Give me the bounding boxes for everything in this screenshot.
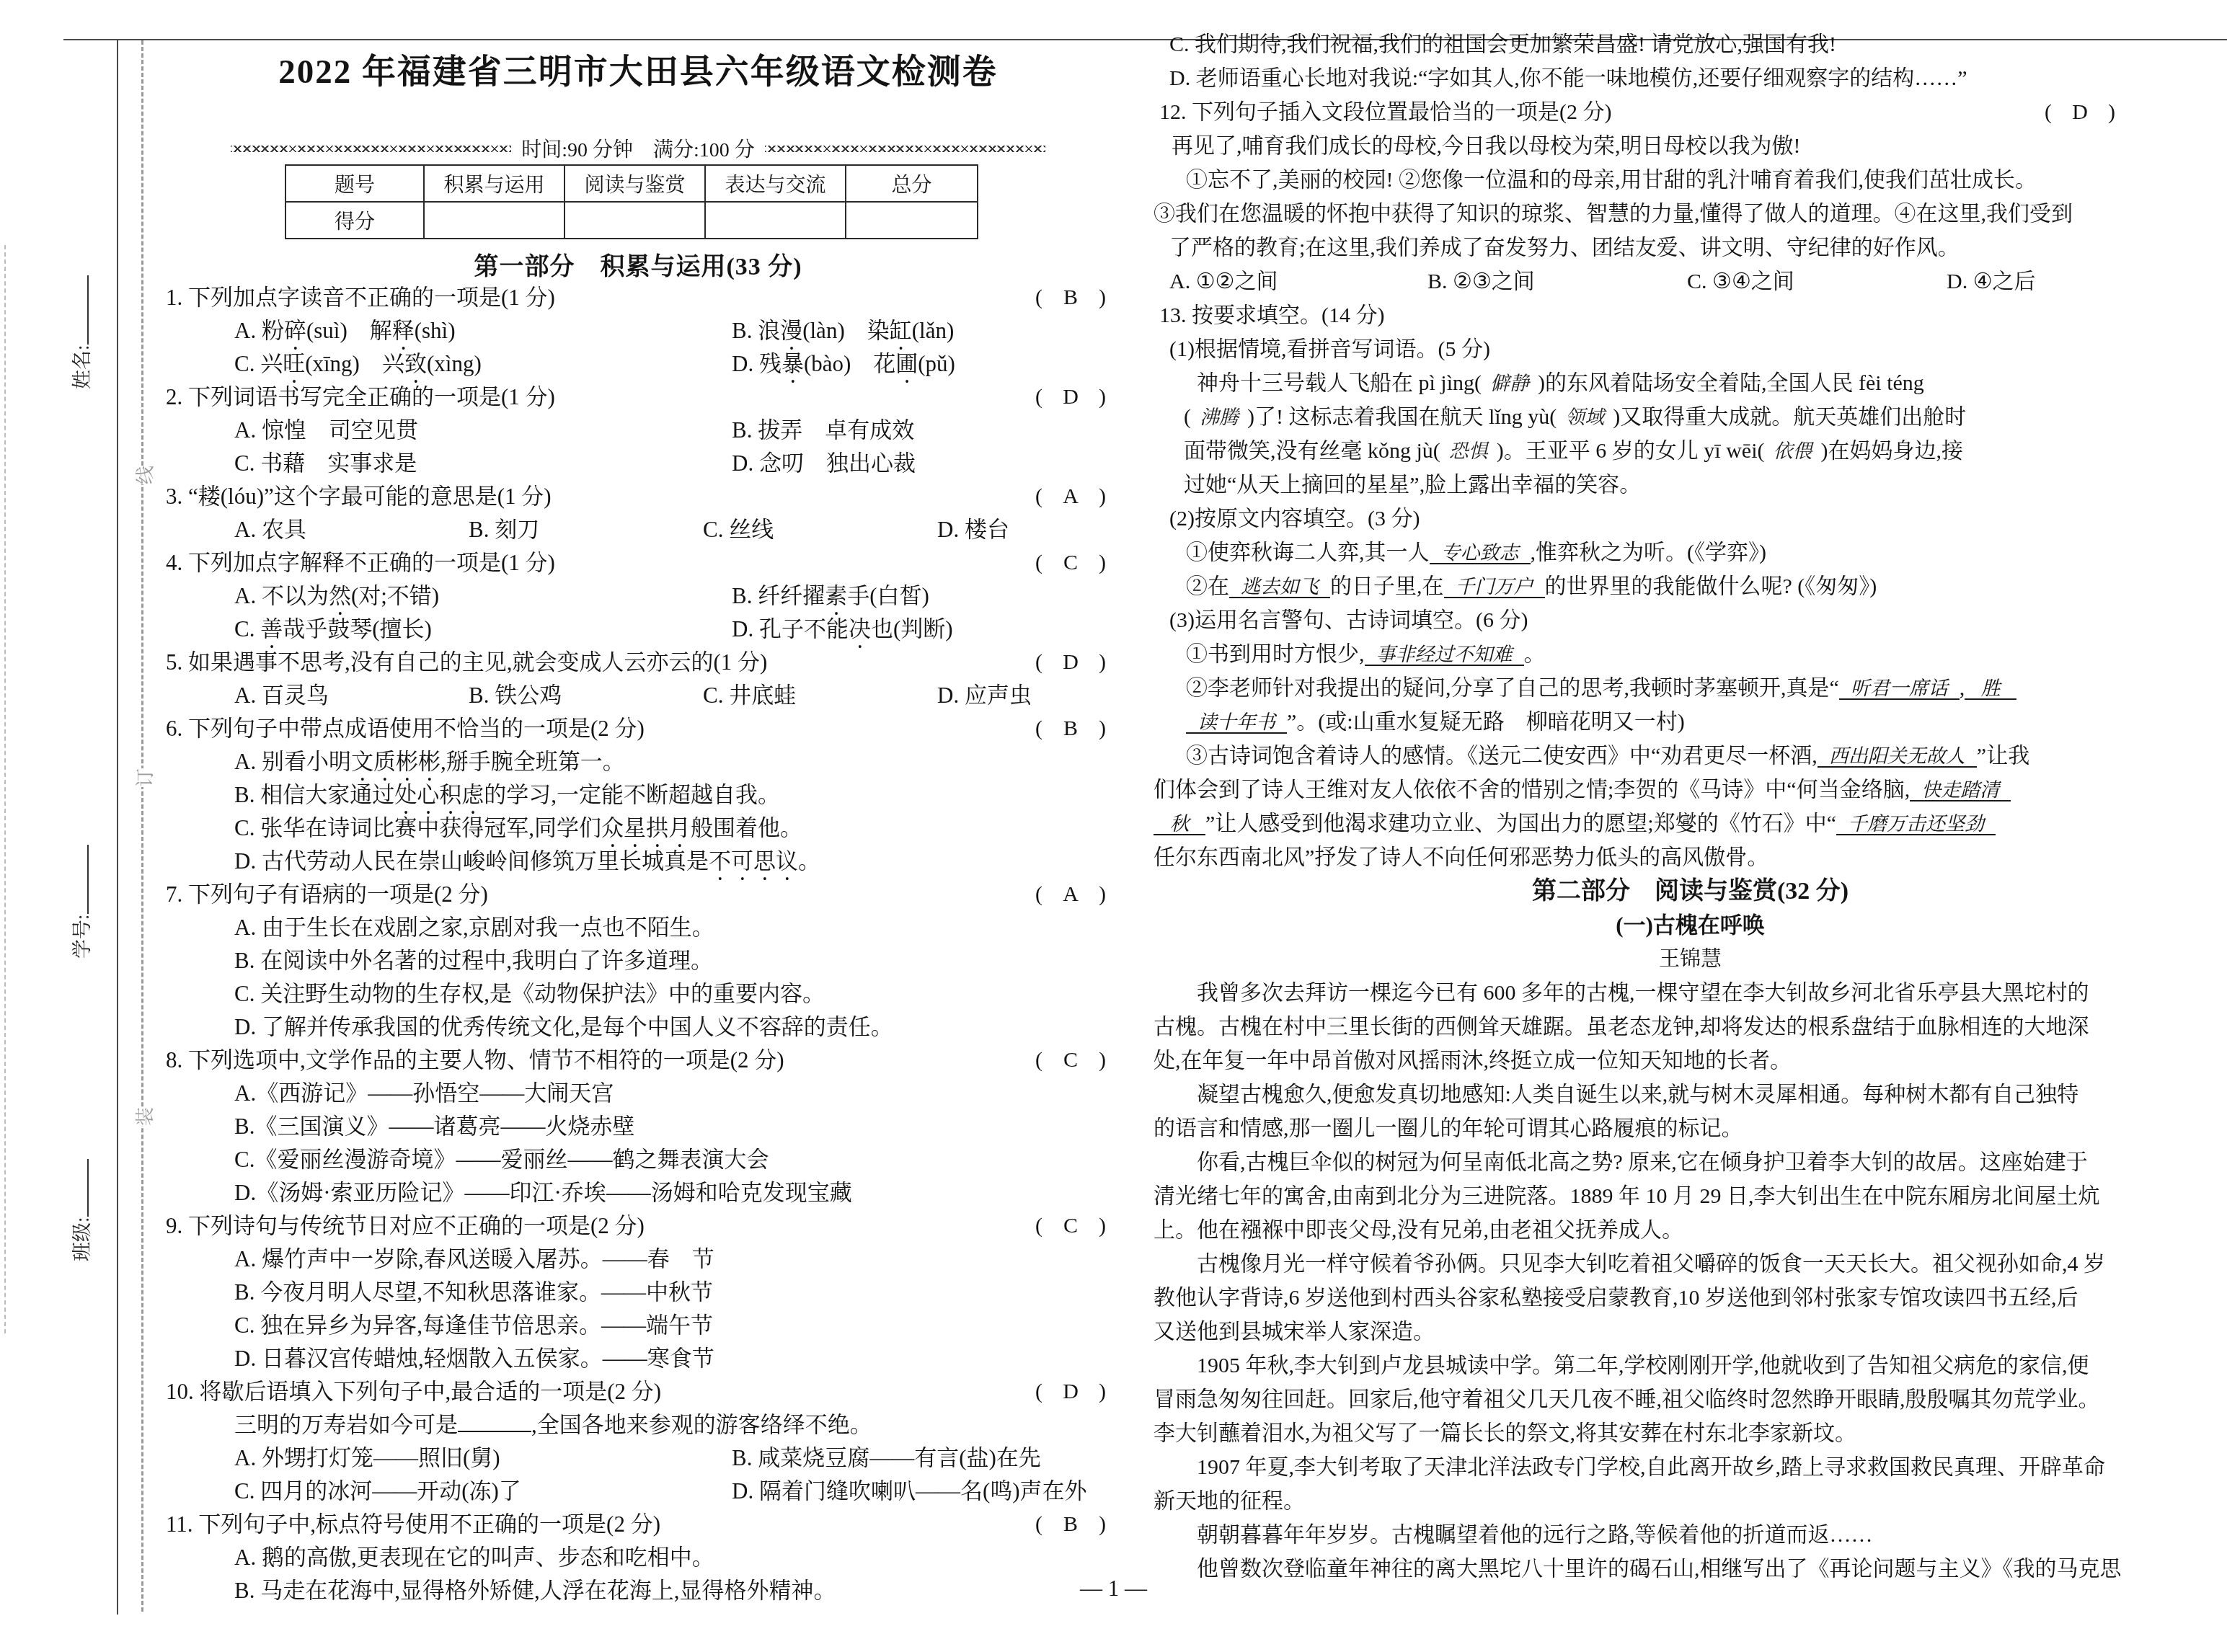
text-line: 上。他在襁褓中即丧父母,没有兄弟,由老祖父抚养成人。 [1154,1213,2227,1247]
student-id-field: 学号: [66,845,94,959]
option: D. 念叨 独出心裁 [732,447,916,480]
answer-blank: 千门万户 [1444,577,1545,598]
text-line: 1905 年秋,李大钊到卢龙县城读中学。第二年,学校刚刚开学,他就收到了告知祖父… [1154,1349,2227,1382]
option: D. 隔着门缝吹喇叭——名(鸣)声在外 [732,1475,1087,1508]
option: C. 四月的冰河——开动(冻)了 [234,1475,521,1508]
options-row: A. 百灵鸟B. 铁公鸡C. 井底蛙D. 应声虫 [166,679,1110,712]
answer-mark: (C) [1035,1044,1106,1077]
text-line: C.《爱丽丝漫游奇境》——爱丽丝——鹤之舞表演大会 [166,1143,1110,1176]
section-heading: 王锦慧 [1154,942,2227,976]
text-line: 三明的万寿岩如今可是,全国各地来参观的游客络绎不绝。 [166,1408,1110,1442]
answer-mark: (B) [1035,281,1106,314]
binding-dashed-line [141,40,143,1612]
left-column: 2022 年福建省三明市大田县六年级语文检测卷 时间:90 分钟 满分:100 … [166,0,1110,1652]
text-line: A. 鹅的高傲,更表现在它的叫声、步态和吃相中。 [166,1541,1110,1574]
question-line: 1. 下列加点字读音不正确的一项是(1 分)(B) [166,281,1110,314]
answer-blank [458,1431,531,1432]
answer-letter: C [1042,1044,1099,1077]
dotted-term: 众星拱月 [601,815,691,840]
text-line: 秋”让人感受到他渴求建功立业、为国出力的愿望;郑燮的《竹石》中“千磨万击还坚劲 [1154,807,2227,840]
text-line: ①使弈秋诲二人弈,其一人专心致志,惟弈秋之为听。(《学弈》) [1154,536,2227,569]
answer-mark: (B) [1035,1508,1106,1541]
text-line: 处,在年复一年中昂首傲对风摇雨沐,终挺立成一位知天知地的长者。 [1154,1044,2227,1078]
question-line: 3. “耧(lóu)”这个字最可能的意思是(1 分)(A) [166,480,1110,513]
exam-meta-row: 时间:90 分钟 满分:100 分 [231,134,1045,163]
score-table-header: 表达与交流 [705,165,846,202]
answer-blank: 逃去如飞 [1229,577,1330,598]
score-table-header: 阅读与鉴赏 [565,165,705,202]
answer-letter: C [1042,546,1099,579]
answer-blank: 胜 [1965,678,2016,700]
text-line: A.《西游记》——孙悟空——大闹天宫 [166,1077,1110,1110]
answer-blank: 事非经过不知难 [1365,644,1524,666]
text-line: C. 独在异乡为异客,每逢佳节倍思亲。——端午节 [166,1309,1110,1342]
page-number: — 1 — [0,1576,2227,1602]
text-line: A. 爆竹声中一岁除,春风送暖入屠苏。——春 节 [166,1243,1110,1276]
option: A. ①②之间 [1169,265,1278,298]
answer-blank: 千磨万击还坚劲 [1836,814,1996,835]
text-line: 朝朝暮暮年年岁岁。古槐瞩望着他的远行之路,等候着他的折道而返…… [1154,1518,2227,1552]
text-line: C. 我们期待,我们祝福,我们的祖国会更加繁荣昌盛! 请党放心,强国有我! [1154,27,2227,61]
text-line: 你看,古槐巨伞似的树冠为何呈南低北高之势? 原来,它在倾身护卫着李大钊的故居。这… [1154,1145,2227,1179]
option: D. ④之后 [1947,265,2036,298]
section-heading: (一)古槐在呼唤 [1154,908,2227,942]
question-line: 6. 下列句子中带点成语使用不恰当的一项是(2 分)(B) [166,712,1110,745]
text-line: C. 关注野生动物的生存权,是《动物保护法》中的重要内容。 [166,977,1110,1011]
text-line: A. 由于生长在戏剧之家,京剧对我一点也不陌生。 [166,911,1110,944]
question-line: 4. 下列加点字解释不正确的一项是(1 分)(C) [166,546,1110,579]
answer-blank: 秋 [1154,814,1205,835]
text-line: ③我们在您温暖的怀抱中获得了知识的琼浆、智慧的力量,懂得了做人的道理。④在这里,… [1154,197,2227,231]
exam-title: 2022 年福建省三明市大田县六年级语文检测卷 [166,45,1110,93]
text-line: 过她“从天上摘回的星星”,脸上露出幸福的笑容。 [1154,468,2227,502]
text-line: 面带微笑,没有丝毫 kǒng jù(恐惧)。王亚平 6 岁的女儿 yī wēi(… [1154,434,2227,468]
dotted-term: 致 [404,351,427,376]
option: D. 应声虫 [937,679,1032,712]
text-line: 我曾多次去拜访一棵迄今已有 600 多年的古槐,一棵守望在李大钊故乡河北省乐亭县… [1154,976,2227,1010]
options-row: A. 不以为然(对;不错)B. 纤纤擢素手(白皙) [166,579,1110,613]
option: C. 丝线 [703,513,774,546]
option: A. 百灵鸟 [234,679,329,712]
student-id-blank [68,845,89,914]
binding-char-xian: 线 [134,466,157,484]
options-row: A. ①②之间B. ②③之间C. ③④之间D. ④之后 [1154,265,2227,298]
answer-letter: D [1042,381,1099,414]
text-line: 冒雨急匆匆往回赶。回家后,他守着祖父几天几夜不睡,祖父临终时忽然睁开眼睛,殷殷嘱… [1154,1382,2227,1416]
text-line: (3)运用名言警句、古诗词填空。(6 分) [1154,603,2227,637]
dotted-term: 圃 [895,351,918,376]
text-line: (2)按原文内容填空。(3 分) [1154,502,2227,536]
answer-mark: (D) [2045,95,2115,129]
binding-char-zhuang: 装 [134,1107,157,1126]
text-line: ①忘不了,美丽的校园! ②您像一位温和的母亲,用甘甜的乳汁哺育着我们,使我们茁壮… [1154,163,2227,197]
text-line: ②李老师针对我提出的疑问,分享了自己的思考,我顿时茅塞顿开,真是“听君一席话,胜 [1154,671,2227,705]
exam-meta: 时间:90 分钟 满分:100 分 [521,134,755,163]
answer-mark: (D) [1035,381,1106,414]
score-cell [705,202,846,239]
part1-heading: 第一部分 积累与运用(33 分) [166,247,1110,282]
dotted-term: 碎 [284,318,306,343]
score-table: 题号 积累与运用 阅读与鉴赏 表达与交流 总分 得分 [285,164,978,239]
text-line: 又送他到县城宋举人家深造。 [1154,1315,2227,1349]
option: B. 刻刀 [469,513,539,546]
dotted-term: 不可思议 [709,848,798,874]
handwritten-answer: 依偎 [1764,435,1820,468]
answer-letter: D [1042,1375,1099,1408]
score-table-header: 题号 [285,165,424,202]
answer-letter: B [1042,1508,1099,1541]
dotted-term: 释 [392,318,415,343]
answer-blank: 快走踏清 [1910,780,2011,801]
student-name-label: 姓名: [71,345,93,389]
answer-blank: 专心致志 [1430,543,1531,564]
dotted-term: 善 [260,616,283,641]
text-line: B. 在阅读中外名著的过程中,我明白了许多道理。 [166,944,1110,977]
option: C. 书藉 实事求是 [234,447,417,480]
score-table-header: 总分 [846,165,978,202]
options-row: C. 四月的冰河——开动(冻)了D. 隔着门缝吹喇叭——名(鸣)声在外 [166,1475,1110,1508]
dotted-term: 处心积虑 [394,782,484,807]
text-line: A. 别看小明文质彬彬,掰手腕全班第一。 [166,745,1110,778]
answer-mark: (A) [1035,878,1106,911]
dotted-term: 文质彬彬 [351,749,440,774]
text-line: 任尔东西南北风”抒发了诗人不向任何邪恶势力低头的高风傲骨。 [1154,840,2227,874]
student-id-label: 学号: [71,914,93,959]
answer-letter: A [1042,878,1099,911]
question-line: 10. 将歇后语填入下列句子中,最合适的一项是(2 分)(D) [166,1375,1110,1408]
question-line: 5. 如果遇事不思考,没有自己的主见,就会变成人云亦云的(1 分)(D) [166,646,1110,679]
dotted-term: 决 [849,616,871,641]
text-line: B.《三国演义》——诸葛亮——火烧赤壁 [166,1110,1110,1143]
option: B. 铁公鸡 [469,679,562,712]
right-column: C. 我们期待,我们祝福,我们的祖国会更加繁荣昌盛! 请党放心,强国有我!D. … [1154,0,2227,1652]
option: B. 咸菜烧豆腐——有言(盐)在先 [732,1442,1041,1475]
options-row: A. 外甥打灯笼——照旧(舅)B. 咸菜烧豆腐——有言(盐)在先 [166,1442,1110,1475]
option: C. 井底蛙 [703,679,796,712]
option: A. 外甥打灯笼——照旧(舅) [234,1442,500,1475]
option: B. ②③之间 [1427,265,1535,298]
answer-letter: A [1042,480,1099,513]
answer-letter: B [1042,281,1099,314]
text-line: D. 日暮汉宫传蜡烛,轻烟散入五侯家。——寒食节 [166,1342,1110,1375]
option: B. 拔弄 卓有成效 [732,414,914,447]
text-line: 凝望古槐愈久,便愈发真切地感知:人类自诞生以来,就与树木灵犀相通。每种树木都有自… [1154,1078,2227,1111]
dotted-term: 旺 [283,351,305,376]
question-line: 12. 下列句子插入文段位置最恰当的一项是(2 分)(D) [1154,95,2227,129]
answer-mark: (C) [1035,1209,1106,1243]
score-row-label: 得分 [285,202,424,239]
binding-char-ding: 订 [134,768,157,787]
text-line: 古槐。古槐在村中三里长街的西侧耸天雄踞。虽老态龙钟,却将发达的根系盘结于血脉相连… [1154,1010,2227,1044]
score-cell [565,202,705,239]
answer-blank: 西出阳关无故人 [1818,746,1977,768]
edge-dashed-line [4,245,6,1333]
text-line: 读十年书”。(或:山重水复疑无路 柳暗花明又一村) [1154,705,2227,739]
text-line: 了严格的教育;在这里,我们养成了奋发努力、团结友爱、讲文明、守纪律的好作风。 [1154,231,2227,265]
text-line: (沸腾)了! 这标志着我国在航天 lǐng yù(领域)又取得重大成就。航天英雄… [1154,400,2227,434]
text-line: B. 今夜月明人尽望,不知秋思落谁家。——中秋节 [166,1276,1110,1309]
handwritten-answer: 领域 [1557,401,1613,435]
text-line: D. 老师语重心长地对我说:“字如其人,你不能一味地模仿,还要仔细观察字的结构…… [1154,61,2227,95]
answer-blank: 听君一席话 [1839,678,1960,700]
text-line: (1)根据情境,看拼音写词语。(5 分) [1154,332,2227,366]
options-row: C. 书藉 实事求是D. 念叨 独出心裁 [166,447,1110,480]
answer-letter: D [1042,646,1099,679]
text-line: 李大钊蘸着泪水,为祖父写了一篇长长的祭文,将其安葬在村东北李家新坟。 [1154,1416,2227,1450]
answer-letter: B [1042,712,1099,745]
dotted-term: 缸 [890,318,912,343]
answer-letter: D [2052,95,2108,129]
decorative-zigzag-right [765,146,1045,152]
exam-sheet: 线 订 装 姓名: 学号: 班级: 2022 年福建省三明市大田县六年级语文检测… [0,0,2227,1652]
text-line: ③古诗词饱含着诗人的感情。《送元二使安西》中“劝君更尽一杯酒,西出阳关无故人”让… [1154,739,2227,773]
dotted-term: 素 [825,583,847,608]
text-line: 神舟十三号载人飞船在 pì jìng(僻静)的东风着陆场安全着陆,全国人民 fè… [1154,366,2227,400]
answer-letter: C [1042,1209,1099,1243]
text-line: 古槐像月光一样守候着爷孙俩。只见李大钊吃着祖父嚼碎的饭食一天天长大。祖父视孙如命… [1154,1247,2227,1281]
handwritten-answer: 僻静 [1482,367,1538,401]
answer-mark: (A) [1035,480,1106,513]
options-row: C. 善哉乎鼓琴(擅长)D. 孔子不能决也(判断) [166,613,1110,646]
text-line: 再见了,哺育我们成长的母校,今日我以母校为荣,明日母校以我为傲! [1154,129,2227,163]
question-line: 13. 按要求填空。(14 分) [1154,298,2227,332]
text-line: 新天地的征程。 [1154,1484,2227,1518]
text-line: 们体会到了诗人王维对友人依依不舍的惜别之情;李贺的《马诗》中“何当金络脑,快走踏… [1154,773,2227,807]
option: C. ③④之间 [1687,265,1794,298]
question-line: 8. 下列选项中,文学作品的主要人物、情节不相符的一项是(2 分)(C) [166,1044,1110,1077]
option: D. 楼台 [937,513,1009,546]
text-line: C. 张华在诗词比赛中获得冠军,同学们众星拱月般围着他。 [166,812,1110,845]
options-row: A. 粉碎(suì) 解释(shì)B. 浪漫(làn) 染缸(lǎn) [166,314,1110,347]
dotted-term: 暴 [782,351,804,376]
question-line: 2. 下列词语书写完全正确的一项是(1 分)(D) [166,381,1110,414]
answer-mark: (D) [1035,646,1106,679]
question-line: 7. 下列句子有语病的一项是(2 分)(A) [166,878,1110,911]
answer-blank: 读十年书 [1186,712,1287,734]
page-frame-left [117,39,118,1615]
text-line: 1907 年夏,李大钊考取了天津北洋法政专门学校,自此离开故乡,踏上寻求救国救民… [1154,1450,2227,1484]
question-line: 9. 下列诗句与传统节日对应不正确的一项是(2 分)(C) [166,1209,1110,1243]
options-row: A. 农具B. 刻刀C. 丝线D. 楼台 [166,513,1110,546]
decorative-zigzag-left [231,146,511,152]
text-line: D. 古代劳动人民在崇山峻岭间修筑万里长城真是不可思议。 [166,845,1110,878]
handwritten-answer: 沸腾 [1191,401,1247,435]
text-line: B. 相信大家通过处心积虑的学习,一定能不断超越自我。 [166,778,1110,812]
text-line: ①书到用时方恨少,事非经过不知难。 [1154,637,2227,671]
section-heading: 第二部分 阅读与鉴赏(32 分) [1154,874,2227,908]
text-line: ②在逃去如飞的日子里,在千门万户的世界里的我能做什么呢? (《匆匆》) [1154,569,2227,603]
score-table-header-row: 题号 积累与运用 阅读与鉴赏 表达与交流 总分 [285,165,978,202]
score-table-header: 积累与运用 [424,165,565,202]
score-table-score-row: 得分 [285,202,978,239]
option: A. 惊惶 司空见贯 [234,414,418,447]
student-class-field: 班级: [66,1159,94,1261]
handwritten-answer: 恐惧 [1440,435,1497,468]
option: A. 农具 [234,513,306,546]
text-line: 清光绪七年的寓舍,由南到北分为三进院落。1889 年 10 月 29 日,李大钊… [1154,1179,2227,1213]
score-cell [846,202,978,239]
text-line: 的语言和情感,那一圈儿一圈儿的年轮可谓其心路履痕的标记。 [1154,1111,2227,1145]
options-row: A. 惊惶 司空见贯B. 拔弄 卓有成效 [166,414,1110,447]
dotted-term: 然 [329,583,351,608]
student-name-blank [68,275,89,345]
text-line: D. 了解并传承我国的优秀传统文化,是每个中国人义不容辞的责任。 [166,1011,1110,1044]
student-class-label: 班级: [71,1217,93,1261]
dotted-term: 漫 [780,318,802,343]
student-class-blank [68,1159,89,1217]
score-cell [424,202,565,239]
text-line: D.《汤姆·索亚历险记》——印江·乔埃——汤姆和哈克发现宝藏 [166,1176,1110,1209]
text-line: 教他认字背诗,6 岁送他到村西头谷家私塾接受启蒙教育,10 岁送他到邻村张家专馆… [1154,1281,2227,1315]
options-row: C. 兴旺(xīng) 兴致(xìng)D. 残暴(bào) 花圃(pǔ) [166,347,1110,381]
answer-mark: (D) [1035,1375,1106,1408]
question-line: 11. 下列句子中,标点符号使用不正确的一项是(2 分)(B) [166,1508,1110,1541]
student-name-field: 姓名: [66,275,94,389]
answer-mark: (B) [1035,712,1106,745]
answer-mark: (C) [1035,546,1106,579]
